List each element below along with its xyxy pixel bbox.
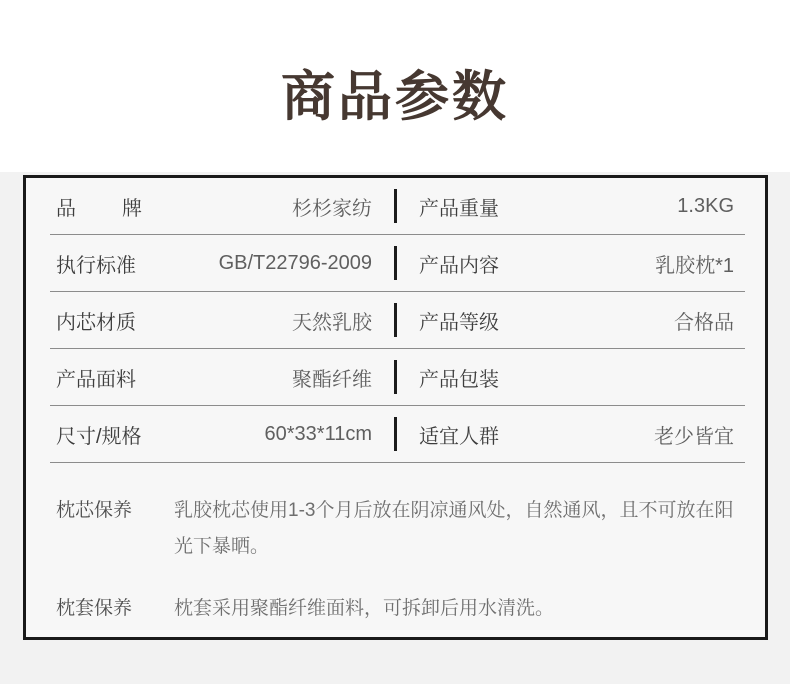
spec-label-grade: 产品等级 (419, 306, 499, 335)
title-area: 商品参数 (0, 0, 790, 172)
spec-value-grade: 合格品 (674, 306, 734, 335)
spec-cell-packaging: 产品包装 (397, 349, 765, 405)
spec-value-content: 乳胶枕*1 (655, 249, 734, 278)
spec-label-brand: 品牌 (56, 192, 142, 221)
spec-row-fabric-packaging: 产品面料 聚酯纤维 产品包装 (26, 349, 765, 405)
spec-cell-core-material: 内芯材质 天然乳胶 (26, 292, 394, 348)
spec-value-fabric: 聚酯纤维 (292, 363, 372, 392)
care-section: 枕芯保养 乳胶枕芯使用1-3个月后放在阴凉通风处，自然通风，且不可放在阳光下暴晒… (26, 463, 765, 627)
spec-label-content: 产品内容 (419, 249, 499, 278)
spec-row-brand-weight: 品牌 杉杉家纺 产品重量 1.3KG (26, 178, 765, 234)
care-row-pillow-core: 枕芯保养 乳胶枕芯使用1-3个月后放在阴凉通风处，自然通风，且不可放在阳光下暴晒… (26, 493, 765, 565)
spec-cell-audience: 适宜人群 老少皆宜 (397, 406, 765, 462)
spec-label-weight: 产品重量 (419, 192, 499, 221)
care-label-pillow-core: 枕芯保养 (56, 493, 174, 529)
care-row-pillowcase: 枕套保养 枕套采用聚酯纤维面料，可拆卸后用水清洗。 (26, 591, 765, 627)
spec-card: 品牌 杉杉家纺 产品重量 1.3KG 执行标准 GB/T22796-2009 产… (23, 175, 768, 640)
page-title: 商品参数 (281, 54, 509, 131)
spec-label-size: 尺寸/规格 (56, 420, 142, 449)
spec-label-packaging: 产品包装 (419, 363, 499, 392)
spec-row-standard-content: 执行标准 GB/T22796-2009 产品内容 乳胶枕*1 (26, 235, 765, 291)
spec-row-size-audience: 尺寸/规格 60*33*11cm 适宜人群 老少皆宜 (26, 406, 765, 462)
spec-label-core-material: 内芯材质 (56, 306, 136, 335)
spec-cell-brand: 品牌 杉杉家纺 (26, 178, 394, 234)
spec-value-weight: 1.3KG (677, 195, 734, 218)
care-label-pillowcase: 枕套保养 (56, 591, 174, 627)
spec-value-brand: 杉杉家纺 (292, 192, 372, 221)
spec-cell-content: 产品内容 乳胶枕*1 (397, 235, 765, 291)
care-text-pillowcase: 枕套采用聚酯纤维面料，可拆卸后用水清洗。 (174, 591, 735, 627)
spec-label-fabric: 产品面料 (56, 363, 136, 392)
spec-row-core-grade: 内芯材质 天然乳胶 产品等级 合格品 (26, 292, 765, 348)
spec-cell-grade: 产品等级 合格品 (397, 292, 765, 348)
care-text-pillow-core: 乳胶枕芯使用1-3个月后放在阴凉通风处，自然通风，且不可放在阳光下暴晒。 (174, 493, 735, 565)
spec-cell-fabric: 产品面料 聚酯纤维 (26, 349, 394, 405)
spec-cell-weight: 产品重量 1.3KG (397, 178, 765, 234)
spec-value-core-material: 天然乳胶 (292, 306, 372, 335)
spec-cell-size: 尺寸/规格 60*33*11cm (26, 406, 394, 462)
spec-value-size: 60*33*11cm (265, 423, 372, 446)
spec-label-audience: 适宜人群 (419, 420, 499, 449)
spec-cell-standard: 执行标准 GB/T22796-2009 (26, 235, 394, 291)
spec-label-standard: 执行标准 (56, 249, 136, 278)
spec-value-audience: 老少皆宜 (654, 420, 734, 449)
spec-value-standard: GB/T22796-2009 (219, 252, 372, 275)
product-parameters-page: 商品参数 品牌 杉杉家纺 产品重量 1.3KG 执行标准 GB/T22796-2… (0, 0, 790, 684)
